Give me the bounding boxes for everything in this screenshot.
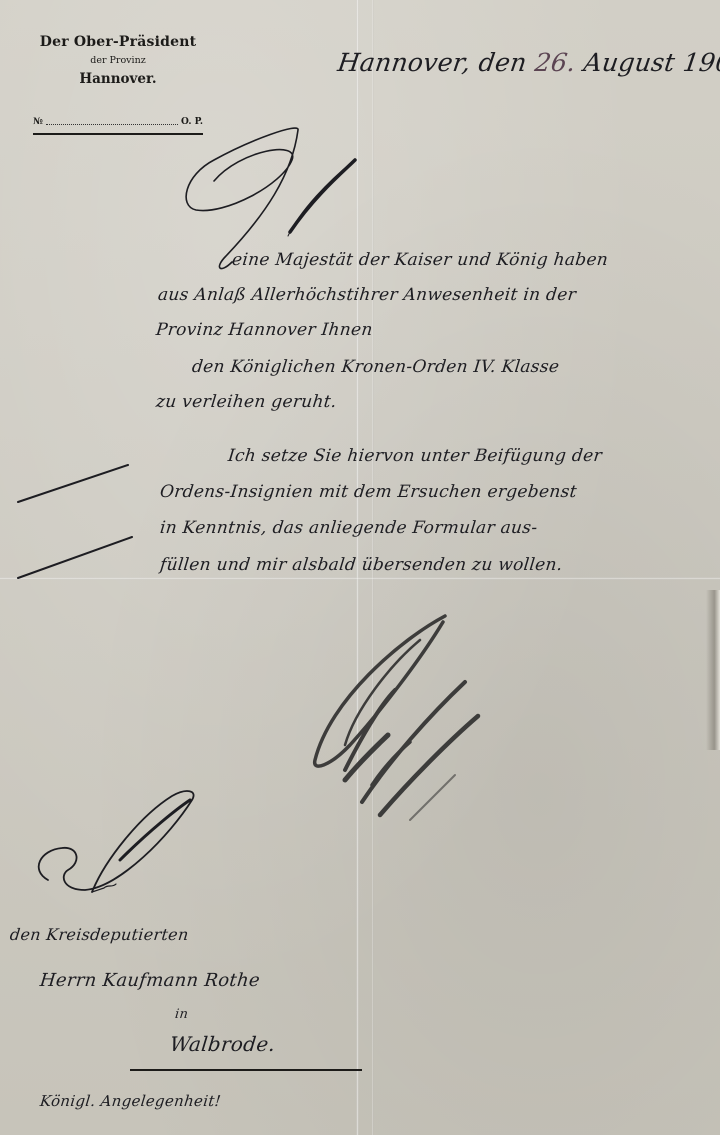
dateline-place: Hannover, den bbox=[336, 48, 529, 77]
address-underline bbox=[130, 1069, 362, 1071]
horizontal-fold-crease bbox=[0, 577, 720, 580]
dateline-month-year: August 1907. bbox=[582, 48, 720, 77]
address-line-3: in bbox=[174, 1007, 189, 1022]
footer-note: Königl. Angelegenheit! bbox=[39, 1092, 222, 1110]
letterhead-subtitle: der Provinz bbox=[28, 55, 208, 66]
initial-a-flourish bbox=[39, 791, 194, 892]
address-line-2: Herrn Kaufmann Rothe bbox=[39, 970, 261, 991]
reference-number-line: № O. P. bbox=[33, 117, 203, 127]
dateline-day: 26. bbox=[533, 48, 578, 77]
dateline: Hannover, den 26. August 1907. bbox=[336, 48, 720, 77]
body-line-2: aus Anlaß Allerhöchstihrer Anwesenheit i… bbox=[157, 285, 577, 305]
body-line-6: Ich setze Sie hiervon unter Beifügung de… bbox=[227, 446, 603, 466]
letter-paper: Der Ober-Präsident der Provinz Hannover.… bbox=[0, 0, 720, 1135]
initial-s-stroke bbox=[290, 160, 355, 232]
letterhead-city: Hannover. bbox=[28, 71, 208, 87]
address-line-4: Walbrode. bbox=[169, 1032, 277, 1056]
torn-paper-edge bbox=[706, 590, 720, 750]
reference-dotted-field bbox=[46, 123, 178, 125]
body-line-9: füllen und mir alsbald übersenden zu wol… bbox=[159, 555, 564, 575]
margin-slash-2 bbox=[18, 537, 132, 578]
reference-suffix: O. P. bbox=[181, 117, 203, 127]
letterhead-rule bbox=[33, 133, 203, 135]
body-line-8: in Kenntnis, das anliegende Formular aus… bbox=[159, 518, 539, 538]
letterhead: Der Ober-Präsident der Provinz Hannover. bbox=[28, 34, 208, 87]
address-line-1: den Kreisdeputierten bbox=[9, 925, 190, 944]
margin-slash-1 bbox=[18, 465, 128, 502]
body-line-4: den Königlichen Kronen-Orden IV. Klasse bbox=[191, 357, 560, 377]
body-line-5: zu verleihen geruht. bbox=[155, 392, 338, 412]
body-line-1: eine Majestät der Kaiser und König haben bbox=[231, 250, 609, 270]
letterhead-title: Der Ober-Präsident bbox=[28, 34, 208, 50]
body-line-3: Provinz Hannover Ihnen bbox=[155, 320, 374, 340]
reference-prefix: № bbox=[33, 117, 43, 127]
initial-s-flourish bbox=[186, 128, 298, 268]
body-line-7: Ordens-Insignien mit dem Ersuchen ergebe… bbox=[159, 482, 578, 502]
